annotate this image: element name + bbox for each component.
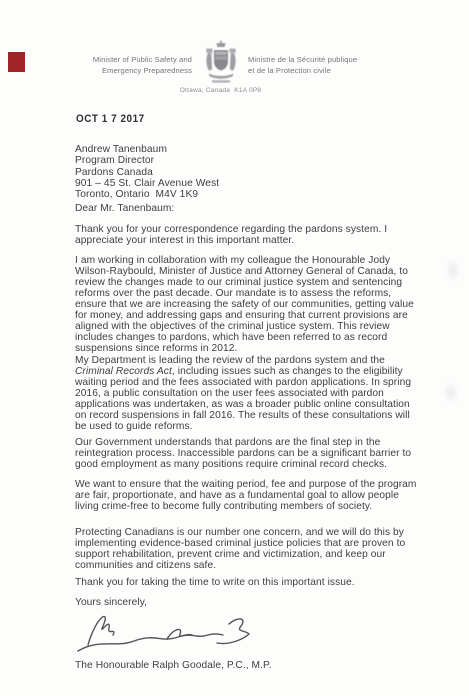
signatory-name: The Honourable Ralph Goodale, P.C., M.P. (75, 660, 422, 671)
recipient-title: Program Director (75, 155, 219, 166)
paragraph-3-pre: My Department is leading the review of t… (75, 355, 385, 366)
letterhead-english-line1: Minister of Public Safety and (85, 55, 192, 66)
paragraph-2: I am working in collaboration with my co… (75, 255, 422, 354)
paragraph-1: Thank you for your correspondence regard… (75, 224, 422, 246)
letter-page: Minister of Public Safety and Emergency … (0, 0, 469, 696)
red-square-mark (8, 52, 25, 72)
salutation: Dear Mr. Tanenbaum: (75, 203, 422, 214)
letterhead-english: Minister of Public Safety and Emergency … (85, 55, 192, 76)
paragraph-3: My Department is leading the review of t… (75, 355, 422, 432)
recipient-address: Andrew Tanenbaum Program Director Pardon… (75, 144, 219, 200)
recipient-organization: Pardons Canada (75, 167, 219, 178)
recipient-street: 901 – 45 St. Clair Avenue West (75, 178, 219, 189)
scan-artifact (447, 386, 455, 400)
recipient-name: Andrew Tanenbaum (75, 144, 219, 155)
act-title-italic: Criminal Records Act (75, 366, 172, 377)
ralph-goodale-signature (70, 604, 260, 658)
date-stamp: OCT 1 7 2017 (76, 113, 145, 125)
paragraph-4: Our Government understands that pardons … (75, 437, 422, 470)
letterhead-office-address: Ottawa, Canada K1A 0P8 (158, 87, 283, 94)
letterhead-english-line2: Emergency Preparedness (85, 66, 192, 77)
recipient-city: Toronto, Ontario M4V 1K9 (75, 189, 219, 200)
letterhead-french-line2: et de la Protection civile (248, 66, 388, 77)
letterhead-french-line1: Ministre de la Sécurité publique (248, 55, 388, 66)
paragraph-7: Thank you for taking the time to write o… (75, 577, 422, 588)
paragraph-6: Protecting Canadians is our number one c… (75, 527, 422, 571)
scan-artifact (449, 262, 457, 278)
canada-coat-of-arms-icon (204, 40, 238, 85)
letterhead-french: Ministre de la Sécurité publique et de l… (248, 55, 388, 76)
paragraph-5: We want to ensure that the waiting perio… (75, 479, 422, 512)
